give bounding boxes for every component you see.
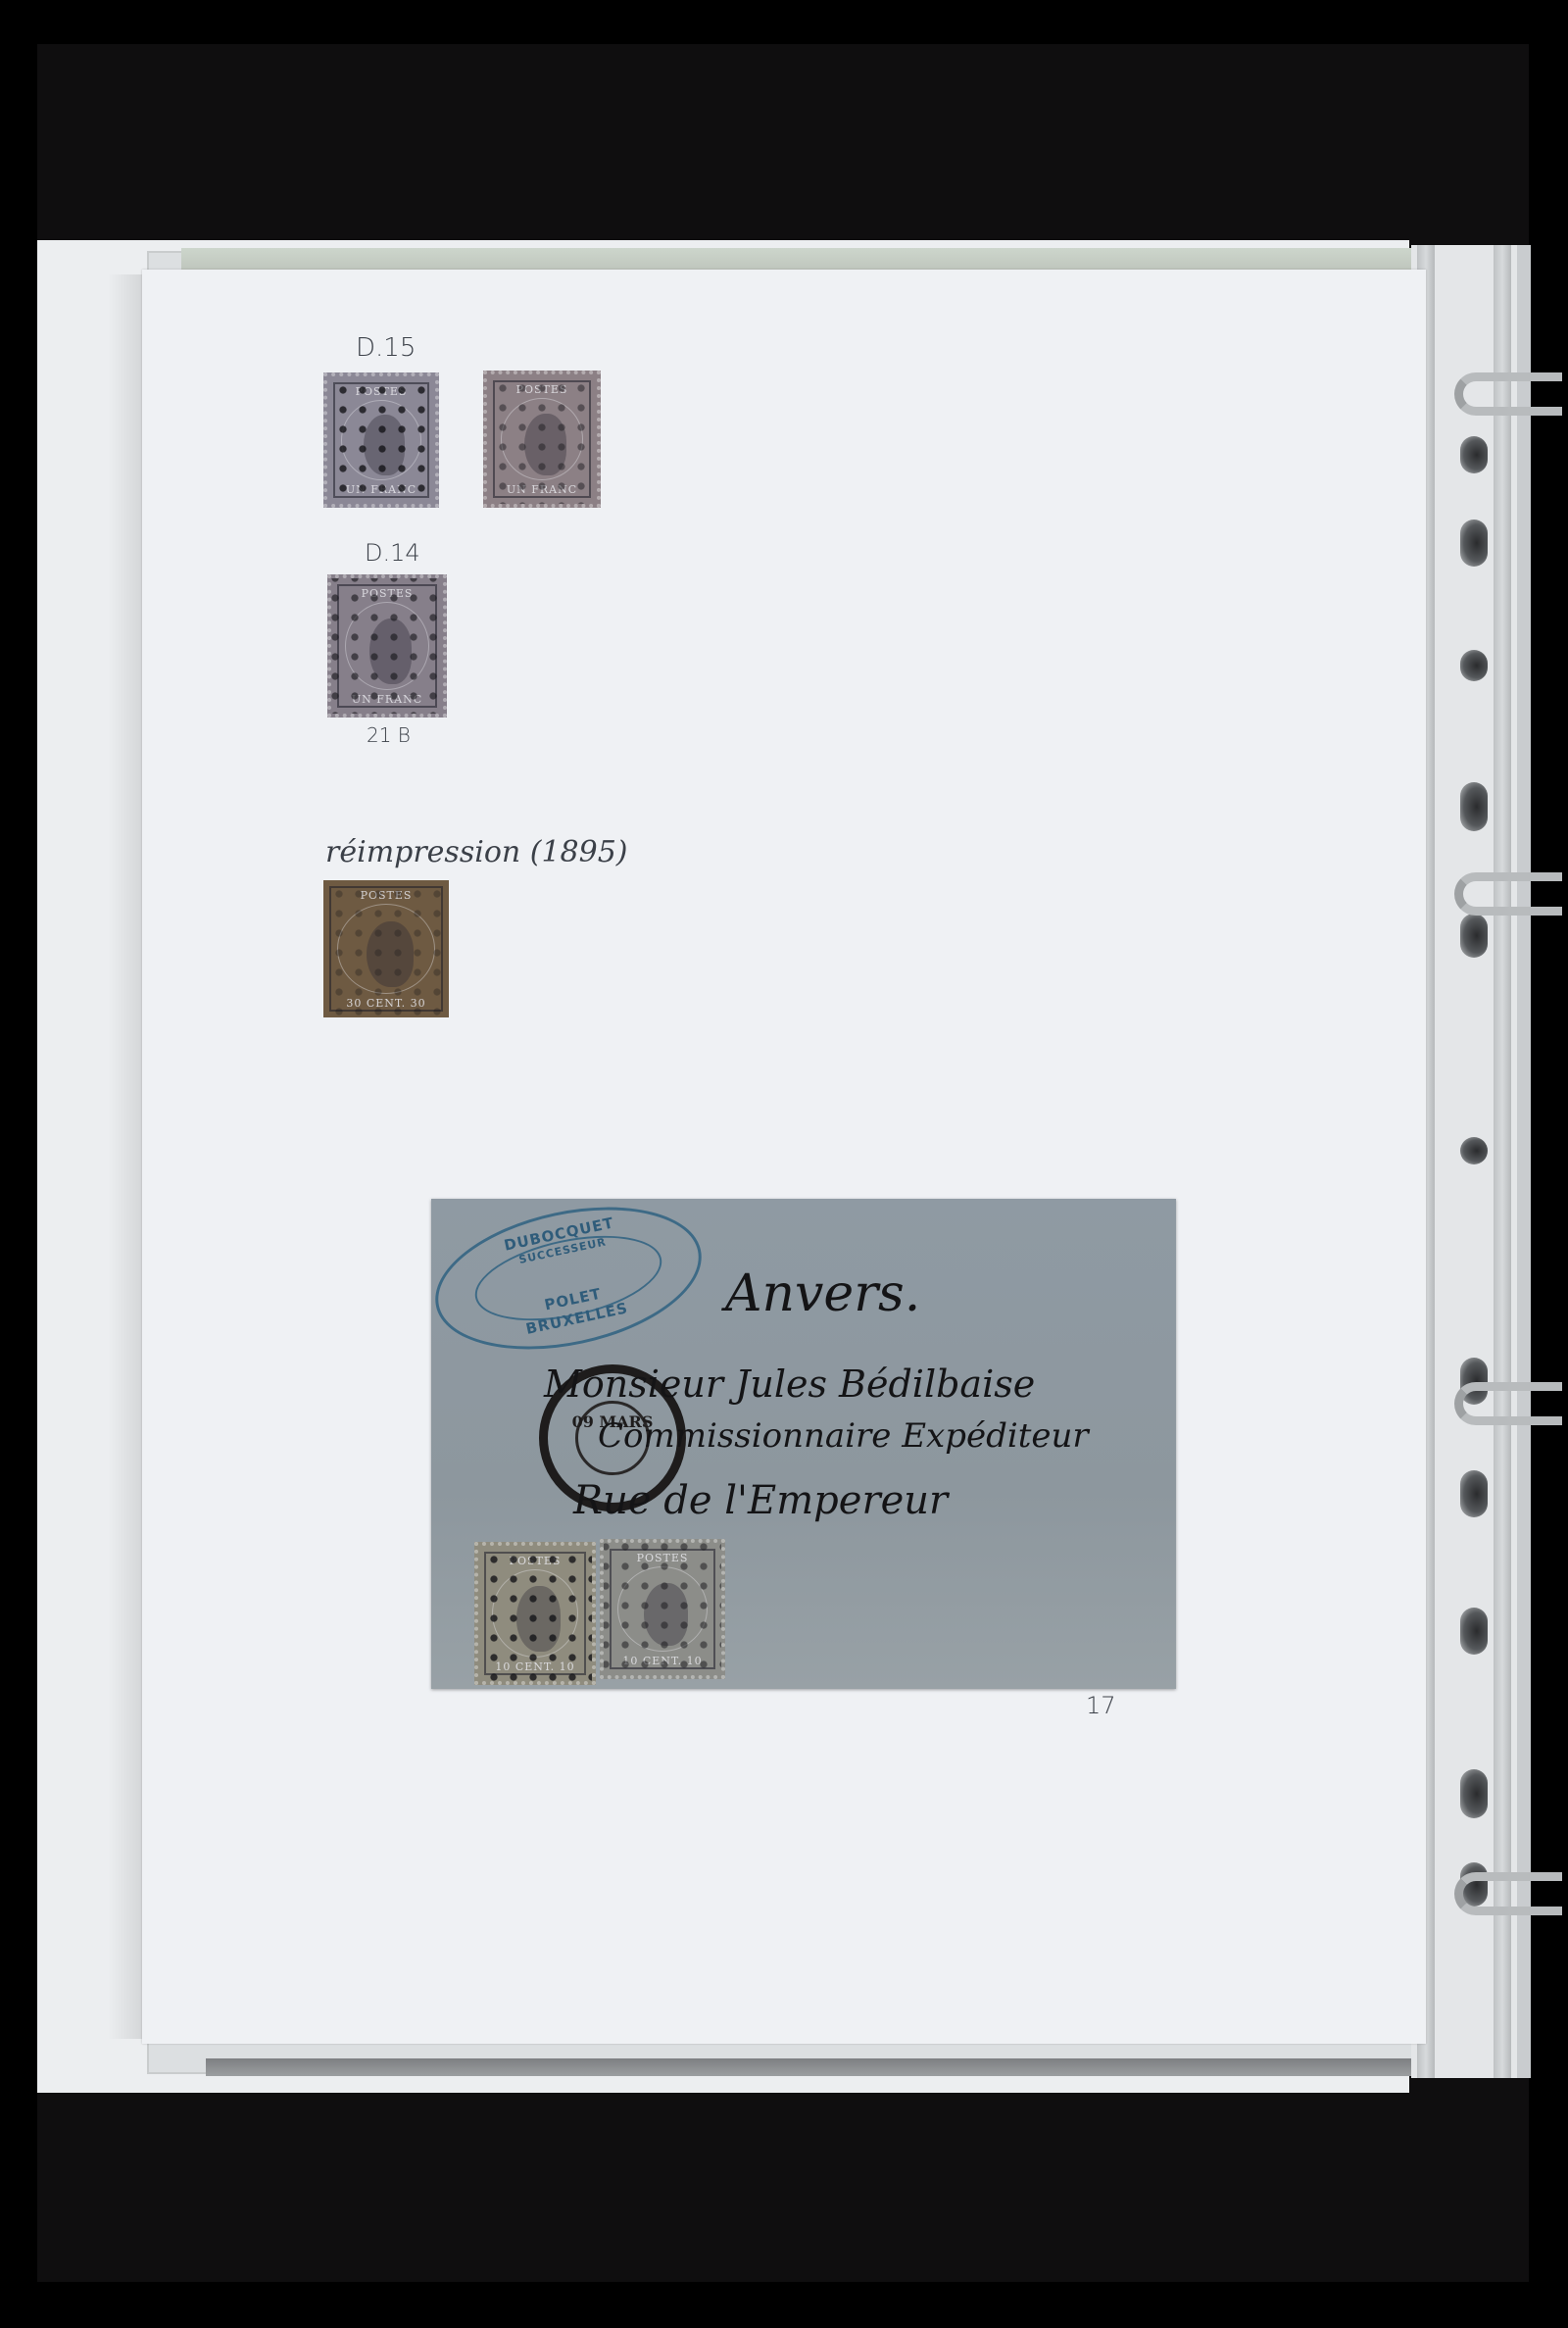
dotted-cancel (604, 1543, 721, 1675)
punch-hole-icon (1460, 520, 1488, 567)
binder-ring-icon (1454, 1872, 1562, 1915)
cover-stamp-10-cent-1: POSTES 10 CENT. 10 (474, 1542, 596, 1685)
binder-rail-right (1494, 245, 1511, 2078)
address-line-2: Commissionnaire Expéditeur (598, 1416, 1089, 1456)
dotted-cancel (327, 376, 435, 504)
punch-hole-icon (1460, 650, 1488, 681)
sleeve-top-strip (181, 248, 1436, 271)
dotted-cancel (487, 374, 597, 504)
punch-hole-icon (1460, 1470, 1488, 1517)
binder-ring-icon (1454, 1382, 1562, 1425)
address-line-3: Rue de l'Empereur (573, 1478, 948, 1523)
address-line-1: Monsieur Jules Bédilbaise (544, 1362, 1035, 1406)
address-city: Anvers. (725, 1264, 920, 1323)
sleeve-bottom-edge (206, 2058, 1441, 2076)
stamp-un-franc-3: POSTES UN FRANC (327, 574, 447, 718)
binder-strip (1411, 245, 1531, 2078)
punch-hole-icon (1460, 782, 1488, 831)
dotted-cancel (323, 880, 449, 1017)
label-d15: D.15 (356, 333, 416, 363)
punch-hole-icon (1460, 1608, 1488, 1655)
punch-hole-icon (1460, 1769, 1488, 1818)
label-d14: D.14 (365, 539, 420, 567)
binder-edge (1517, 245, 1531, 2078)
binder-ring-icon (1454, 372, 1562, 416)
dotted-cancel (478, 1546, 592, 1681)
label-reimpression: réimpression (1895) (325, 835, 628, 869)
page-number: 17 (1086, 1692, 1116, 1719)
stamp-un-franc-1: POSTES UN FRANC (323, 372, 439, 508)
stamp-un-franc-2: POSTES UN FRANC (483, 371, 601, 508)
cover-stamp-10-cent-2: POSTES 10 CENT. 10 (600, 1539, 725, 1679)
label-21b: 21 B (367, 723, 411, 747)
album-page (142, 270, 1426, 2044)
punch-hole-icon (1460, 1137, 1488, 1164)
punch-hole-icon (1460, 436, 1488, 473)
punch-hole-icon (1460, 914, 1488, 958)
dotted-cancel (331, 578, 443, 714)
binder-ring-icon (1454, 872, 1562, 916)
stamp-30-cent-reprint: POSTES 30 CENT. 30 (323, 880, 449, 1017)
